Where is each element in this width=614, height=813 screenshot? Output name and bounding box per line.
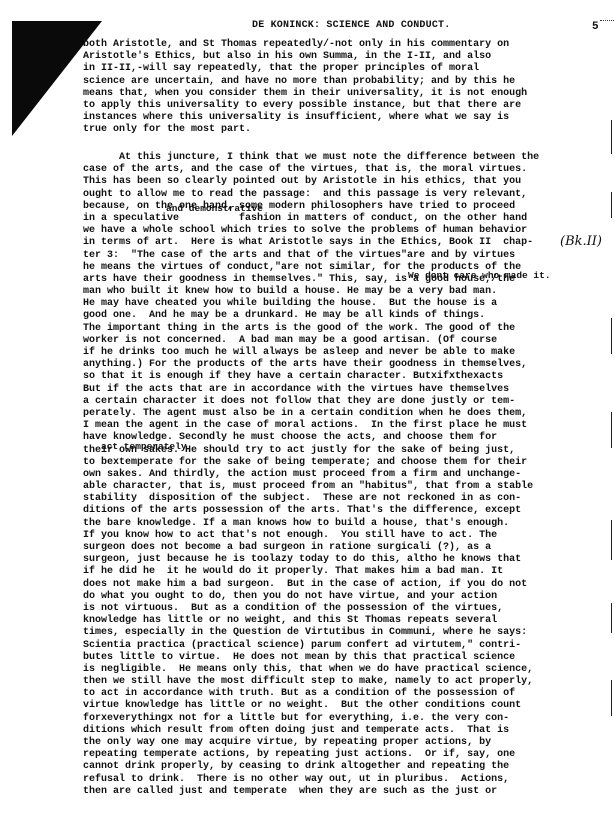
text-line: if he did he it he would do it properly.…	[83, 566, 539, 578]
insertion-and-demonstrative: and demonstrative	[166, 203, 263, 214]
text-line: if he drinks too much he will always be …	[83, 347, 539, 359]
text-line: in II-II,-will say repeatedly, that the …	[83, 63, 527, 75]
text-line: The important thing in the arts is the g…	[83, 323, 539, 335]
text-line: good one. And he may be a drunkard. He m…	[83, 310, 539, 322]
text-line: to bextemperate for the sake of being te…	[83, 457, 539, 469]
text-line: both Aristotle, and St Thomas repeatedly…	[83, 39, 527, 51]
text-line: ter 3: "The case of the arts and that of…	[83, 250, 539, 262]
text-line: perately. The agent must also be in a ce…	[83, 408, 539, 420]
text-line: stability disposition of the subject. Th…	[83, 493, 539, 505]
text-line: times, especially in the Question de Vir…	[83, 627, 539, 639]
text-line: I mean the agent in the case of moral ac…	[83, 420, 539, 432]
text-line: surgeon does not become a bad surgeon in…	[83, 542, 539, 554]
text-line: to apply this universality to every poss…	[83, 100, 527, 112]
text-line: science are uncertain, and have no more …	[83, 76, 527, 88]
scan-artifact-dash	[600, 20, 614, 21]
insertion-dont-care: We dont care who made it.	[408, 270, 551, 281]
text-line: knowledge has little or no weight, and t…	[83, 615, 539, 627]
text-line: At this juncture, I think that we must n…	[83, 152, 539, 164]
paragraph-1: both Aristotle, and St Thomas repeatedly…	[83, 39, 527, 137]
scan-edge-line	[611, 680, 612, 716]
text-line: cannot drink properly, by ceasing to dri…	[83, 761, 539, 773]
text-line: instances where this universality is ins…	[83, 112, 527, 124]
text-line: worker is not concerned. A bad man may b…	[83, 335, 539, 347]
text-line: a certain character it does not follow t…	[83, 396, 539, 408]
text-line: does not make him a bad surgeon. But in …	[83, 579, 539, 591]
text-line: refusal to drink. There is no other way …	[83, 774, 539, 786]
text-line: is not virtuous. But as a condition of t…	[83, 603, 539, 615]
text-line: own sakes. And thirdly, the action must …	[83, 469, 539, 481]
text-line: This has been so clearly pointed out by …	[83, 176, 539, 188]
text-line: butes little to virtue. He does not mean…	[83, 652, 539, 664]
text-line: man who built it knew how to build a hou…	[83, 286, 539, 298]
text-line: Aristotle's Ethics, but also in his own …	[83, 51, 527, 63]
scan-edge-line	[611, 603, 612, 633]
scan-edge-line	[611, 520, 612, 560]
insertion-act-temperately: act temperately	[101, 441, 187, 452]
scan-edge-line	[611, 120, 612, 154]
text-line: ought to allow me to read the passage: a…	[83, 189, 539, 201]
text-line: then are called just and temperate when …	[83, 786, 539, 798]
text-line: able character, that is, must proceed fr…	[83, 481, 539, 493]
text-line: to act in accordance with truth. But as …	[83, 688, 539, 700]
text-line: anything.) For the products of the arts …	[83, 359, 539, 371]
text-line: the bare knowledge. If a man knows how t…	[83, 518, 539, 530]
text-line: the only way one may acquire virtue, by …	[83, 737, 539, 749]
text-line: so that it is enough if they have a cert…	[83, 371, 539, 383]
text-line: in terms of art. Here is what Aristotle …	[83, 237, 539, 249]
text-line: then we still have the most difficult st…	[83, 676, 539, 688]
scan-edge-line	[611, 192, 612, 218]
text-line: Scientia practica (practical science) pa…	[83, 640, 539, 652]
text-line: in a speculative fashion in matters of c…	[83, 213, 539, 225]
text-line: ditions of the arts possession of the ar…	[83, 505, 539, 517]
text-line: because, on the one hand, some modern ph…	[83, 201, 539, 213]
text-line: But if the acts that are in accordance w…	[83, 384, 539, 396]
page-number: 5	[592, 21, 599, 33]
running-header: DE KONINCK: SCIENCE AND CONDUCT.	[252, 20, 450, 31]
paragraph-2: At this juncture, I think that we must n…	[83, 152, 539, 798]
text-line: true only for the most part.	[83, 124, 527, 136]
text-line: virtue knowledge has little or no weight…	[83, 700, 539, 712]
text-line: ditions which result from often doing ju…	[83, 725, 539, 737]
text-line: repeating temperate actions, by repeatin…	[83, 749, 539, 761]
text-line: surgeon, just because he is toolazy toda…	[83, 554, 539, 566]
scan-edge-line	[611, 412, 612, 448]
text-line: forxeverythingx not for a little but for…	[83, 713, 539, 725]
scan-edge-line	[611, 318, 612, 354]
text-line: If you know how to act that's not enough…	[83, 530, 539, 542]
text-line: case of the arts, and the case of the vi…	[83, 164, 539, 176]
text-line: do what you ought to do, then you do not…	[83, 591, 539, 603]
text-line: is negligible. He means only this, that …	[83, 664, 539, 676]
text-line: means that, when you consider them in th…	[83, 88, 527, 100]
handwritten-margin-note: (Bk.II)	[560, 234, 602, 249]
text-line: we have a whole school which tries to so…	[83, 225, 539, 237]
text-line: He may have cheated you while building t…	[83, 298, 539, 310]
